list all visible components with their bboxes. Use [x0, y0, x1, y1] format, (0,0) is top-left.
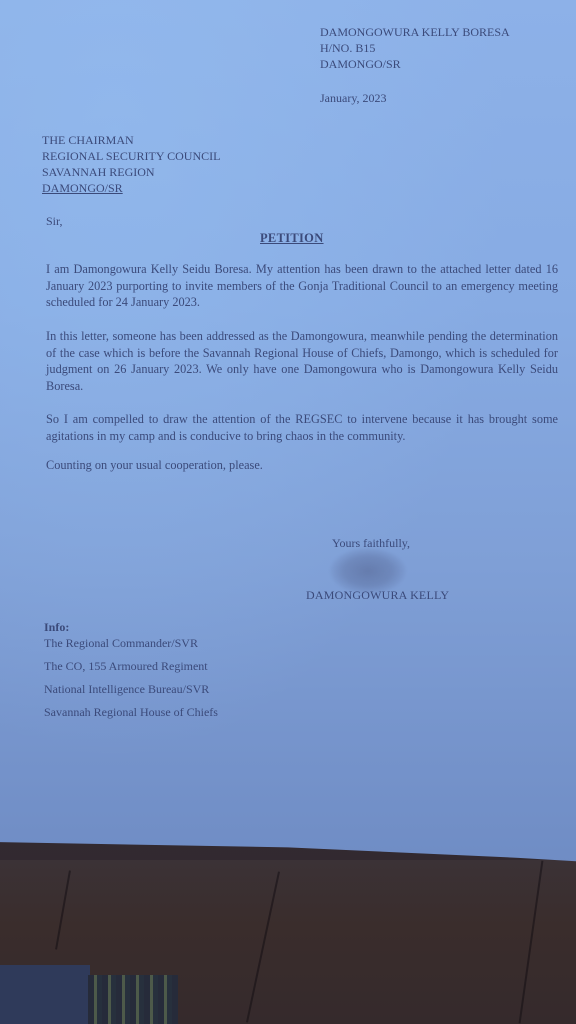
fabric-corner	[0, 965, 90, 1024]
table-seam	[246, 871, 280, 1022]
sender-name: DAMONGOWURA KELLY BORESA	[320, 25, 510, 40]
subject-heading: PETITION	[260, 231, 324, 246]
salutation: Sir,	[46, 214, 63, 229]
table-seam	[55, 870, 71, 949]
info-recipient: National Intelligence Bureau/SVR	[44, 682, 209, 697]
photo-scene: DAMONGOWURA KELLY BORESA H/NO. B15 DAMON…	[0, 0, 576, 1024]
sender-town: DAMONGO/SR	[320, 57, 401, 72]
table-seam	[519, 861, 544, 1024]
recipient-line: SAVANNAH REGION	[42, 165, 155, 180]
letter-page: DAMONGOWURA KELLY BORESA H/NO. B15 DAMON…	[0, 0, 576, 870]
info-recipient: The Regional Commander/SVR	[44, 636, 198, 651]
recipient-line: REGIONAL SECURITY COUNCIL	[42, 149, 220, 164]
body-paragraph: In this letter, someone has been address…	[46, 328, 558, 394]
body-paragraph: Counting on your usual cooperation, plea…	[46, 457, 558, 474]
recipient-line: THE CHAIRMAN	[42, 133, 134, 148]
recipient-line: DAMONGO/SR	[42, 181, 123, 196]
sender-house: H/NO. B15	[320, 41, 375, 56]
info-recipient: The CO, 155 Armoured Regiment	[44, 659, 208, 674]
letter-date: January, 2023	[320, 91, 387, 106]
signer-name: DAMONGOWURA KELLY	[306, 588, 449, 603]
body-paragraph: I am Damongowura Kelly Seidu Boresa. My …	[46, 261, 558, 311]
fabric-pattern	[88, 975, 178, 1024]
info-recipient: Savannah Regional House of Chiefs	[44, 705, 218, 720]
body-paragraph: So I am compelled to draw the attention …	[46, 411, 558, 444]
info-label: Info:	[44, 620, 69, 635]
